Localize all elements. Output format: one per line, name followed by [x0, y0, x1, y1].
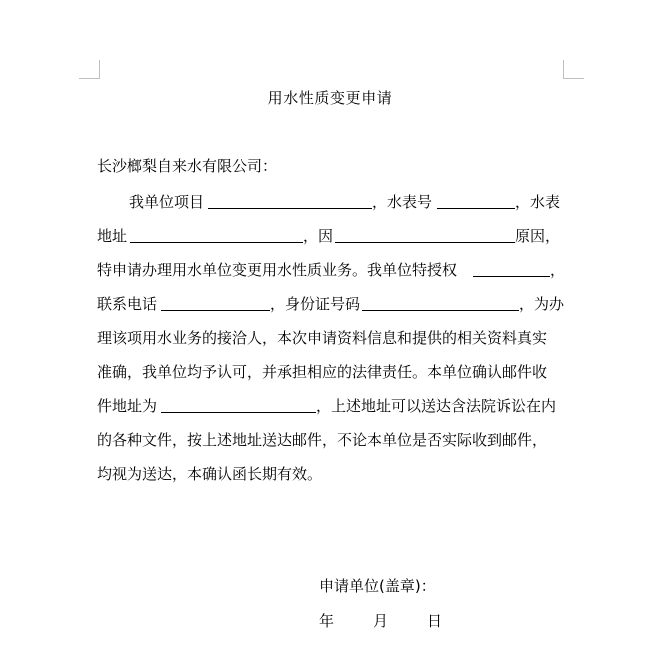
text-segment: ， [550, 259, 565, 281]
text-segment: ，水表 [515, 191, 560, 213]
text-segment: ，上述地址可以送达含法院诉讼在内 [316, 395, 556, 417]
body-line-7: 件地址为 ，上述地址可以送达含法院诉讼在内 [97, 395, 567, 417]
body-line-2: 地址 ，因 原因， [97, 225, 567, 247]
project-field[interactable] [208, 208, 372, 209]
text-segment: ，为办 [519, 293, 564, 315]
salutation: 长沙榔梨自来水有限公司： [97, 155, 277, 177]
meter-number-field[interactable] [437, 208, 515, 209]
margin-corner-mark-top-left [79, 60, 100, 79]
authorized-person-field[interactable] [473, 276, 550, 277]
body-line-5: 理该项用水业务的接洽人，本次申请资料信息和提供的相关资料真实 [97, 327, 567, 349]
text-segment: 准确，我单位均予认可，并承担相应的法律责任。本单位确认邮件收 [97, 361, 547, 383]
applicant-seal-label: 申请单位(盖章)： [319, 575, 436, 597]
text-segment: 件地址为 [97, 395, 157, 417]
document-title-text: 用水性质变更申请 [268, 89, 393, 107]
text-segment: 特申请办理用水单位变更用水性质业务。我单位特授权 [97, 259, 457, 281]
phone-field[interactable] [161, 310, 270, 311]
body-line-9: 均视为送达，本确认函长期有效。 [97, 463, 567, 485]
text-segment: ，水表号 [372, 191, 432, 213]
text-segment: ，身份证号码 [270, 293, 360, 315]
body-line-4: 联系电话 ，身份证号码 ，为办 [97, 293, 567, 315]
reason-field[interactable] [335, 242, 515, 243]
document-title: 用水性质变更申请 [0, 87, 665, 109]
text-segment: 联系电话 [97, 293, 157, 315]
text-segment: 均视为送达，本确认函长期有效。 [97, 463, 322, 485]
id-number-field[interactable] [362, 310, 519, 311]
text-segment: 理该项用水业务的接洽人，本次申请资料信息和提供的相关资料真实 [97, 327, 547, 349]
mailing-address-field[interactable] [161, 412, 316, 413]
body-line-6: 准确，我单位均予认可，并承担相应的法律责任。本单位确认邮件收 [97, 361, 567, 383]
year-label: 年 [319, 610, 334, 632]
body-line-1: 我单位项目 ，水表号 ，水表 [97, 191, 567, 213]
text-segment: 地址 [97, 225, 127, 247]
day-label: 日 [427, 610, 442, 632]
text-segment: 的各种文件，按上述地址送达邮件，不论本单位是否实际收到邮件， [97, 429, 547, 451]
body-line-8: 的各种文件，按上述地址送达邮件，不论本单位是否实际收到邮件， [97, 429, 567, 451]
document-page: 用水性质变更申请 长沙榔梨自来水有限公司： 我单位项目 ，水表号 ，水表 地址 … [0, 0, 665, 667]
month-label: 月 [373, 610, 388, 632]
text-segment: 原因， [515, 225, 560, 247]
text-segment: 我单位项目 [129, 191, 204, 213]
body-line-3: 特申请办理用水单位变更用水性质业务。我单位特授权 ， [97, 259, 567, 281]
text-segment: ，因 [303, 225, 333, 247]
meter-address-field[interactable] [130, 242, 303, 243]
margin-corner-mark-top-right [563, 60, 584, 79]
